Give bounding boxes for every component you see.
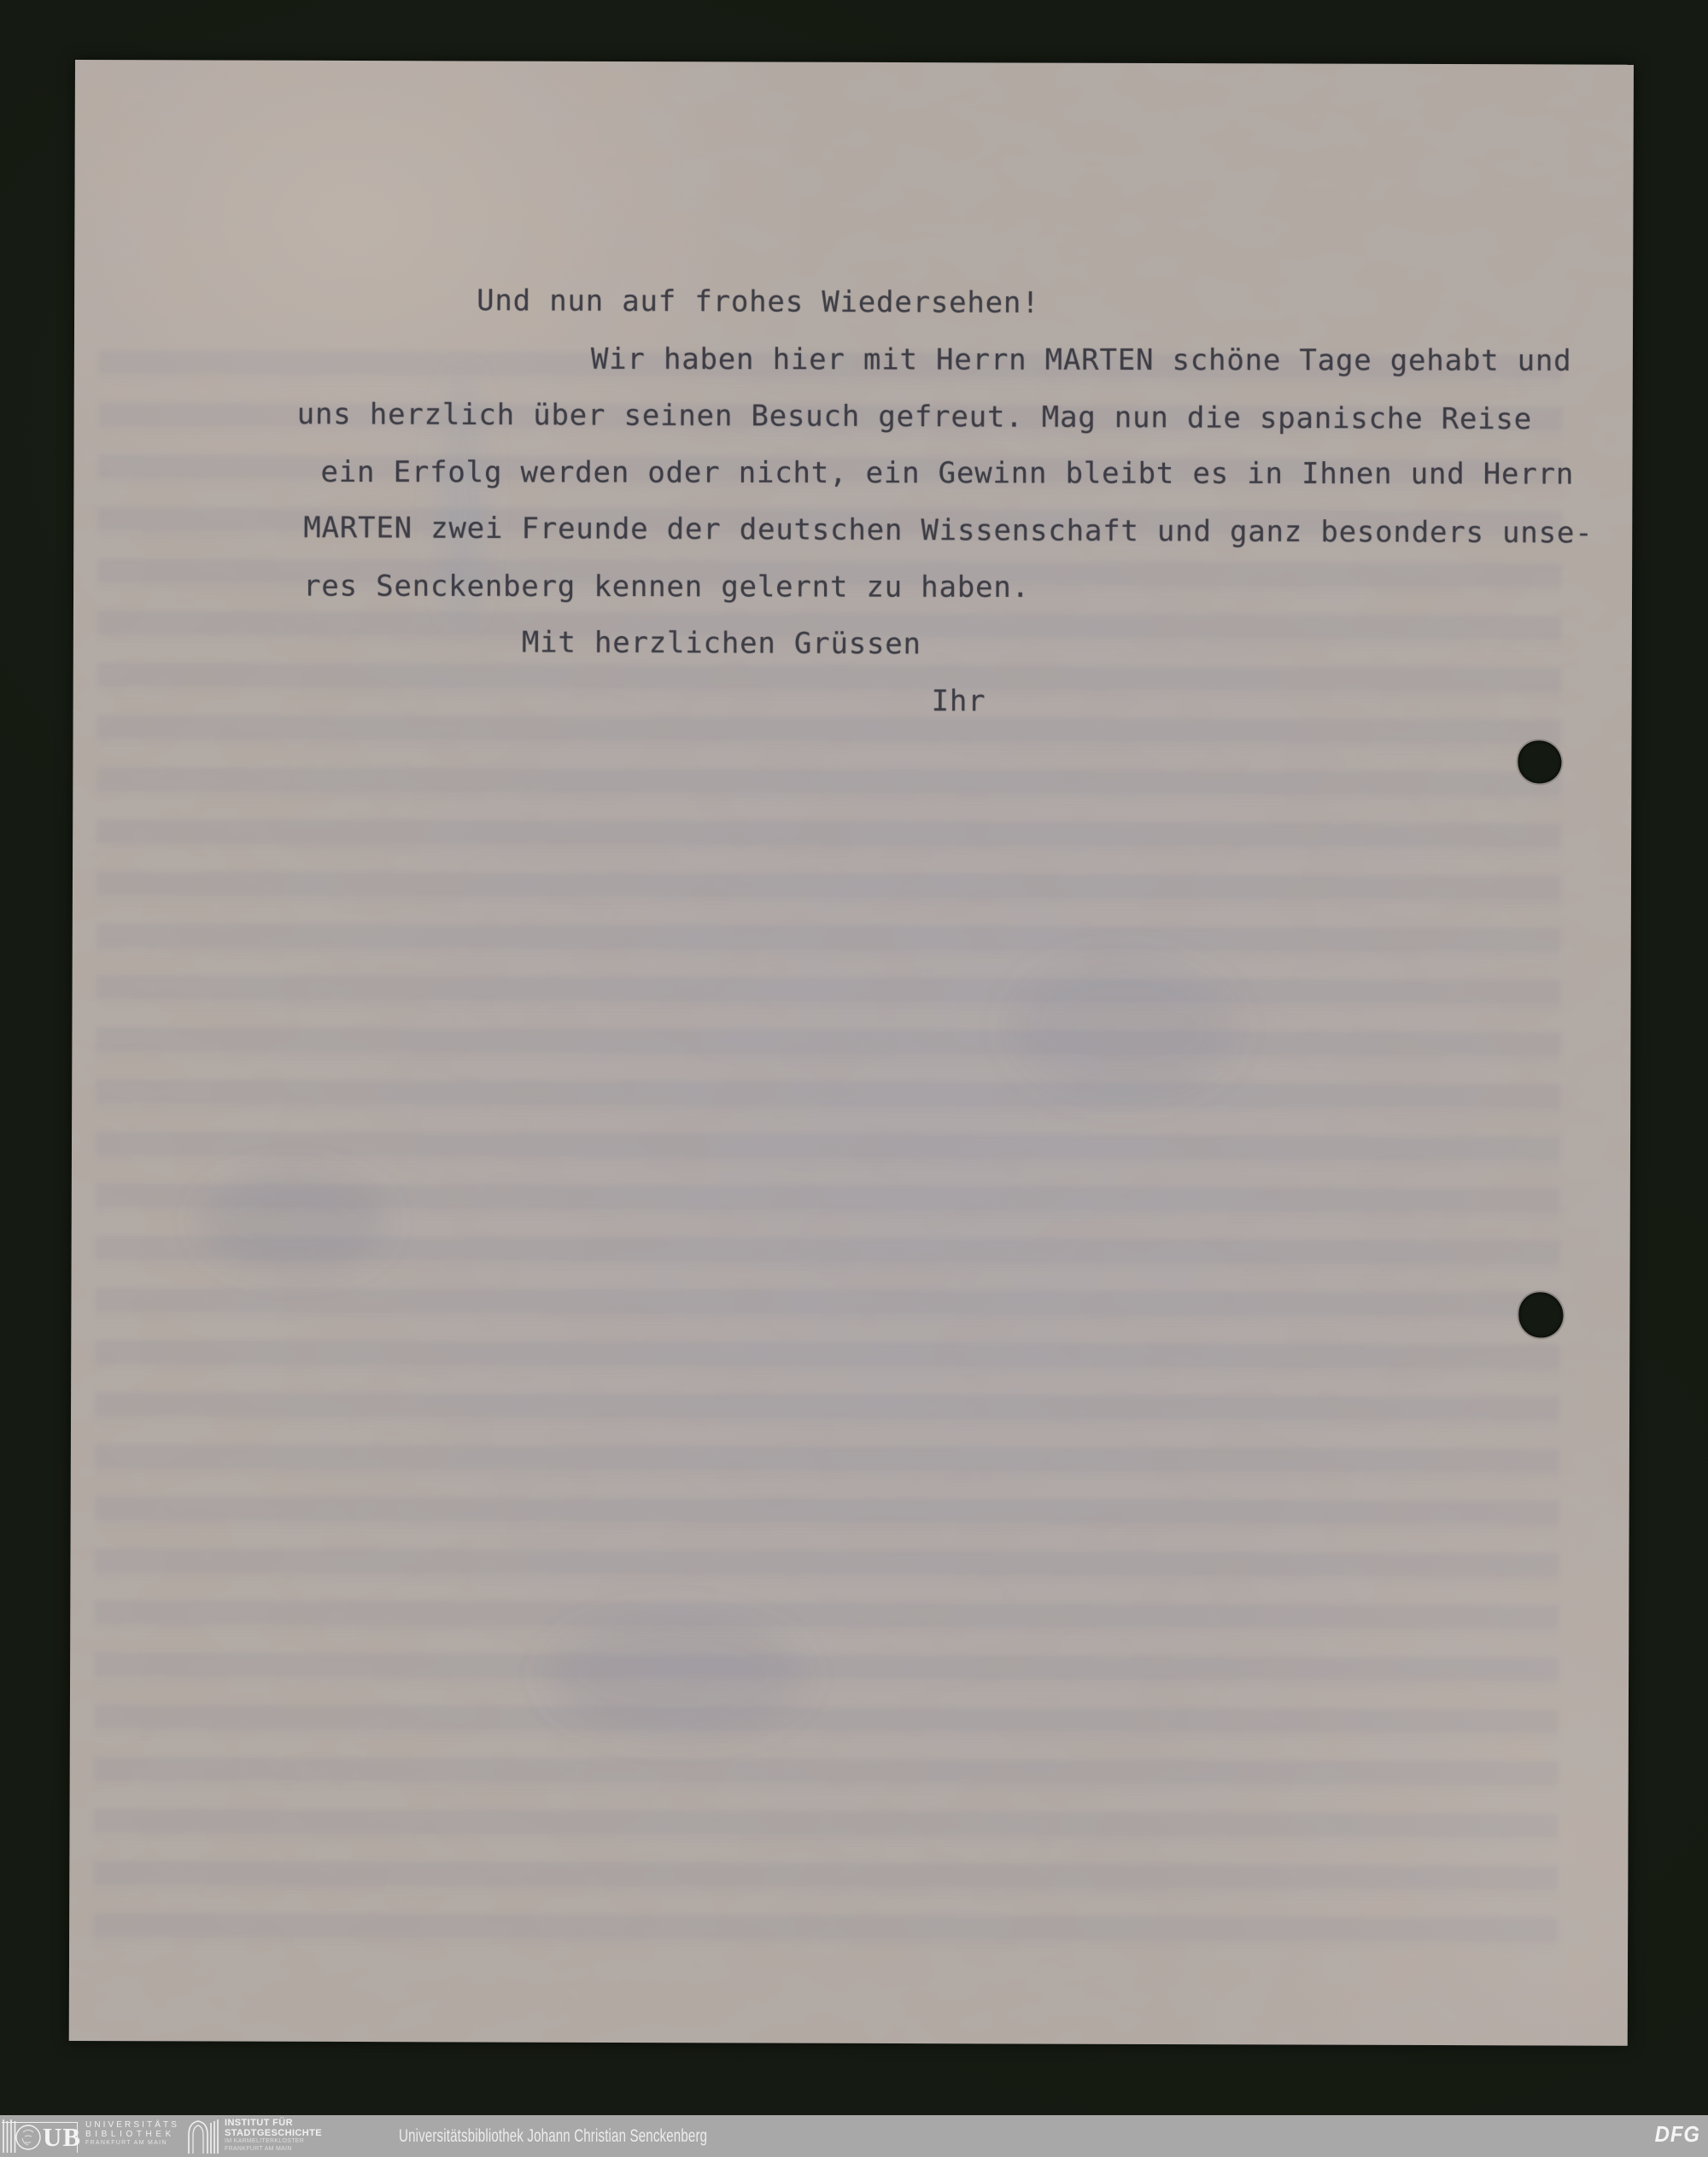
institute-wordmark: INSTITUT FÜR STADTGESCHICHTE IM KARMELIT… [225,2119,322,2153]
ub-wordmark-line: FRANKFURT AM MAIN [85,2139,179,2147]
university-library-logo: UB UNIVERSITÄTS BIBLIOTHEK FRANKFURT AM … [2,2118,181,2154]
ub-wordmark-line: UNIVERSITÄTS [85,2120,179,2130]
letter-line: Ihr [932,687,986,716]
letter-line: res Senckenberg kennen gelernt zu haben. [303,571,1030,601]
typewritten-text-layer: Und nun auf frohes Wiedersehen!Wir haben… [69,60,1634,2046]
dfg-logo: DFG [1655,2123,1700,2145]
gothic-window-icon [186,2118,220,2154]
letter-line: uns herzlich über seinen Besuch gefreut.… [297,400,1532,434]
letter-line: MARTEN zwei Freunde der deutschen Wissen… [303,513,1593,547]
letter-line: Wir haben hier mit Herrn MARTEN schöne T… [591,345,1572,376]
letter-page-scan: Und nun auf frohes Wiedersehen!Wir haben… [69,60,1634,2046]
institute-wordmark-line: STADTGESCHICHTE [225,2129,322,2139]
institute-wordmark-line: INSTITUT FÜR [225,2119,322,2129]
letter-line: Und nun auf frohes Wiedersehen! [477,286,1040,318]
ub-acronym: UB [43,2124,81,2150]
ub-wordmark: UNIVERSITÄTS BIBLIOTHEK FRANKFURT AM MAI… [85,2120,179,2147]
colonnade-portrait-icon [2,2118,41,2154]
letter-line: Mit herzlichen Grüssen [522,628,921,658]
institute-stadtgeschichte-logo: INSTITUT FÜR STADTGESCHICHTE IM KARMELIT… [186,2118,340,2154]
punch-hole [1518,1292,1563,1337]
attribution-footer-bar: UB UNIVERSITÄTS BIBLIOTHEK FRANKFURT AM … [0,2115,1708,2157]
library-attribution-text: Universitätsbibliothek Johann Christian … [399,2126,707,2147]
letter-line: ein Erfolg werden oder nicht, ein Gewinn… [320,458,1574,489]
punch-hole [1518,740,1561,783]
institute-wordmark-line: IM KARMELITERKLOSTER [225,2138,322,2146]
institute-wordmark-line: FRANKFURT AM MAIN [225,2146,322,2154]
ub-wordmark-line: BIBLIOTHEK [85,2130,179,2139]
